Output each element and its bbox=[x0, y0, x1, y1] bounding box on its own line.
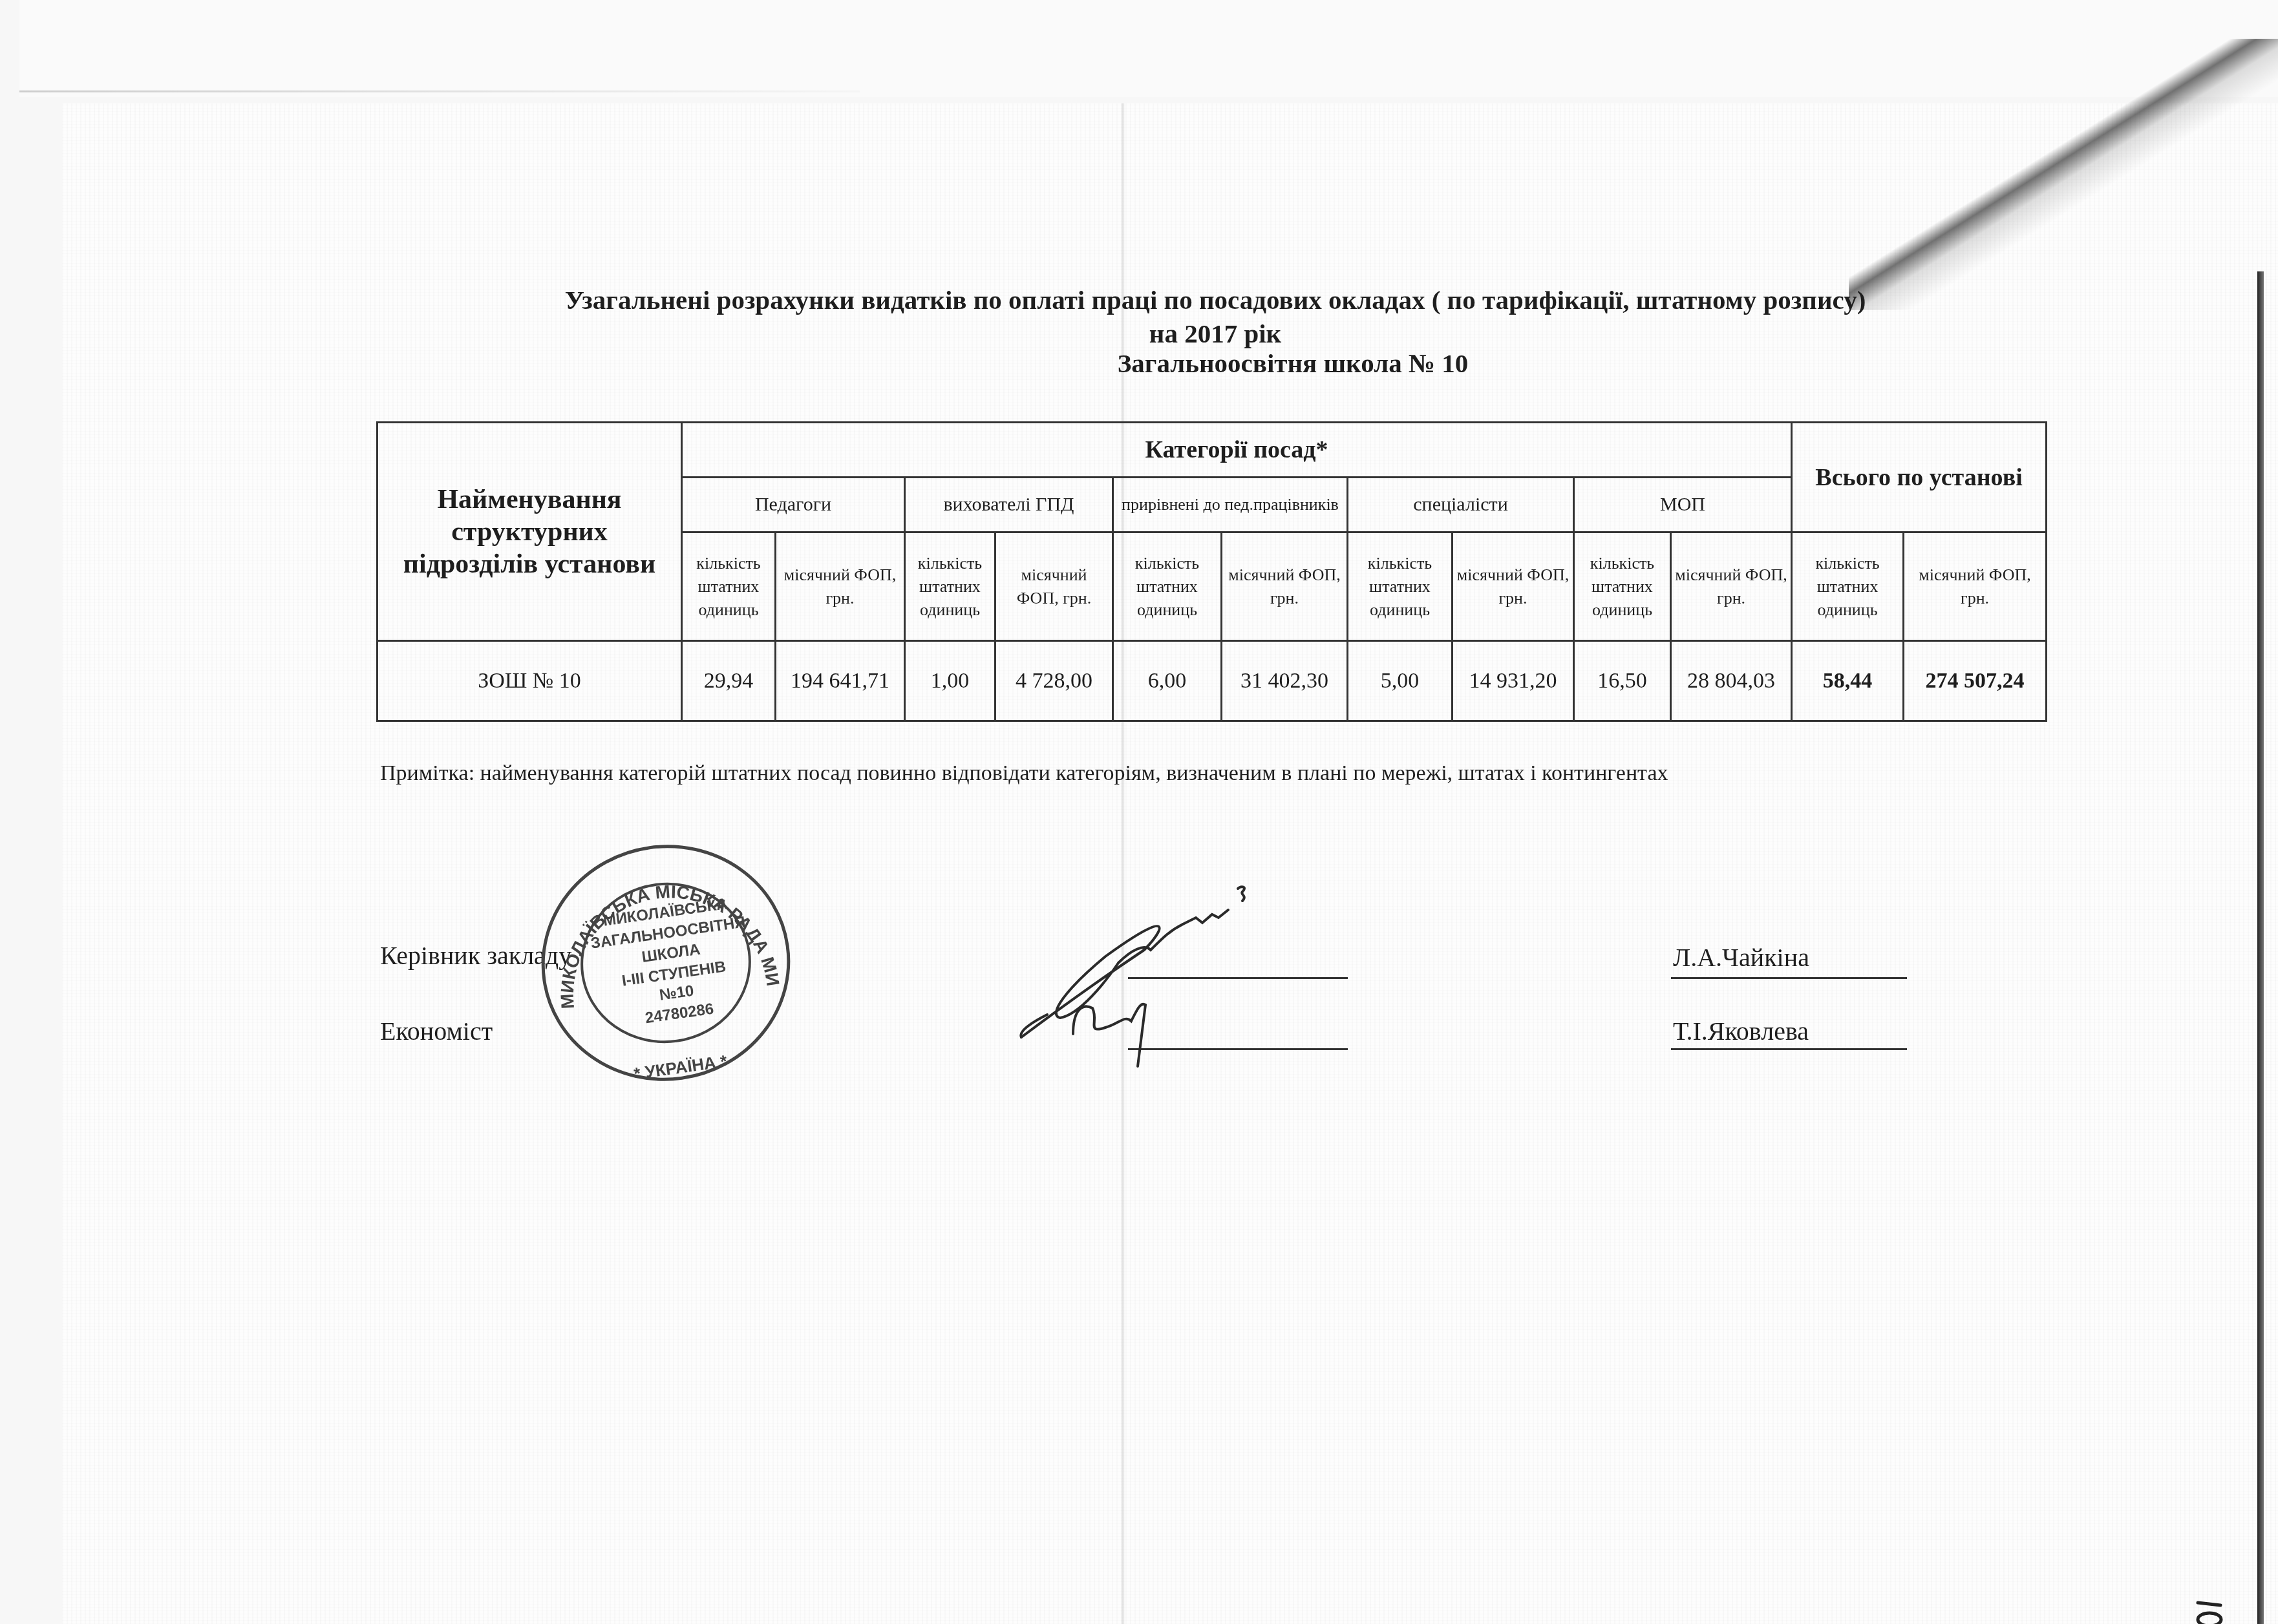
category-pedagogues: Педагоги bbox=[682, 478, 905, 533]
gpd-fop-header: місячний ФОП, грн. bbox=[995, 533, 1113, 641]
official-stamp-icon: МИКОЛАЇВСЬКА МІСЬКА РАДА МИКОЛАЇВСЬКОЇ О… bbox=[524, 834, 808, 1092]
header-unit-name: Найменування структурних підрозділів уст… bbox=[378, 423, 682, 641]
category-gpd-educators: вихователі ГПД bbox=[905, 478, 1113, 533]
document-title: Узагальнені розрахунки видатків по оплат… bbox=[388, 284, 2043, 315]
budget-table: Найменування структурних підрозділів уст… bbox=[376, 421, 2047, 722]
mop-count-header: кількість штатних одиниць bbox=[1574, 533, 1671, 641]
specialists-count-header: кількість штатних одиниць bbox=[1348, 533, 1453, 641]
pedagogues-count: 29,94 bbox=[682, 641, 776, 721]
equated-count: 6,00 bbox=[1113, 641, 1222, 721]
scan-artifact-line bbox=[19, 90, 860, 92]
signature-name-head: Л.А.Чайкіна bbox=[1673, 942, 1809, 973]
total-count-header: кількість штатних одиниць bbox=[1792, 533, 1904, 641]
total-fop-header: місячний ФОП, грн. bbox=[1904, 533, 2047, 641]
gpd-count-header: кількість штатних одиниць bbox=[905, 533, 995, 641]
signature-role-economist: Економіст bbox=[380, 1016, 493, 1046]
mop-fop: 28 804,03 bbox=[1671, 641, 1792, 721]
name-line-head bbox=[1671, 977, 1907, 979]
handwritten-signatures-icon bbox=[1008, 853, 1461, 1099]
equated-fop: 31 402,30 bbox=[1222, 641, 1348, 721]
pedagogues-count-header: кількість штатних одиниць bbox=[682, 533, 776, 641]
category-equated-staff: прирівнені до пед.працівників bbox=[1113, 478, 1348, 533]
stamp-line: 24780286 bbox=[644, 1000, 714, 1028]
equated-fop-header: місячний ФОП, грн. bbox=[1222, 533, 1348, 641]
specialists-fop: 14 931,20 bbox=[1453, 641, 1574, 721]
specialists-count: 5,00 bbox=[1348, 641, 1453, 721]
document-school: Загальноосвітня школа № 10 bbox=[1021, 348, 1564, 379]
equated-count-header: кількість штатних одиниць bbox=[1113, 533, 1222, 641]
category-specialists: спеціалісти bbox=[1348, 478, 1574, 533]
specialists-fop-header: місячний ФОП, грн. bbox=[1453, 533, 1574, 641]
category-mop: МОП bbox=[1574, 478, 1792, 533]
pedagogues-fop: 194 641,71 bbox=[776, 641, 905, 721]
gpd-count: 1,00 bbox=[905, 641, 995, 721]
total-fop: 274 507,24 bbox=[1904, 641, 2047, 721]
gpd-fop: 4 728,00 bbox=[995, 641, 1113, 721]
stamp-line: №10 bbox=[658, 982, 695, 1004]
table-row: ЗОШ № 10 29,94 194 641,71 1,00 4 728,00 … bbox=[378, 641, 2047, 721]
header-row-1: Найменування структурних підрозділів уст… bbox=[378, 423, 2047, 478]
header-total: Всього по установі bbox=[1792, 423, 2047, 533]
row-unit-name: ЗОШ № 10 bbox=[378, 641, 682, 721]
mop-fop-header: місячний ФОП, грн. bbox=[1671, 533, 1792, 641]
signature-name-economist: Т.І.Яковлева bbox=[1673, 1016, 1809, 1046]
pedagogues-fop-header: місячний ФОП, грн. bbox=[776, 533, 905, 641]
mop-count: 16,50 bbox=[1574, 641, 1671, 721]
scanner-top-strip bbox=[19, 0, 2278, 97]
header-categories: Категорії посад* bbox=[682, 423, 1792, 478]
document-year: на 2017 рік bbox=[1021, 318, 1409, 349]
name-line-economist bbox=[1671, 1048, 1907, 1050]
handwritten-page-number-icon bbox=[2172, 1577, 2230, 1624]
footnote: Примітка: найменування категорій штатних… bbox=[380, 761, 1668, 786]
page-edge-shadow bbox=[2257, 271, 2264, 1624]
total-count: 58,44 bbox=[1792, 641, 1904, 721]
